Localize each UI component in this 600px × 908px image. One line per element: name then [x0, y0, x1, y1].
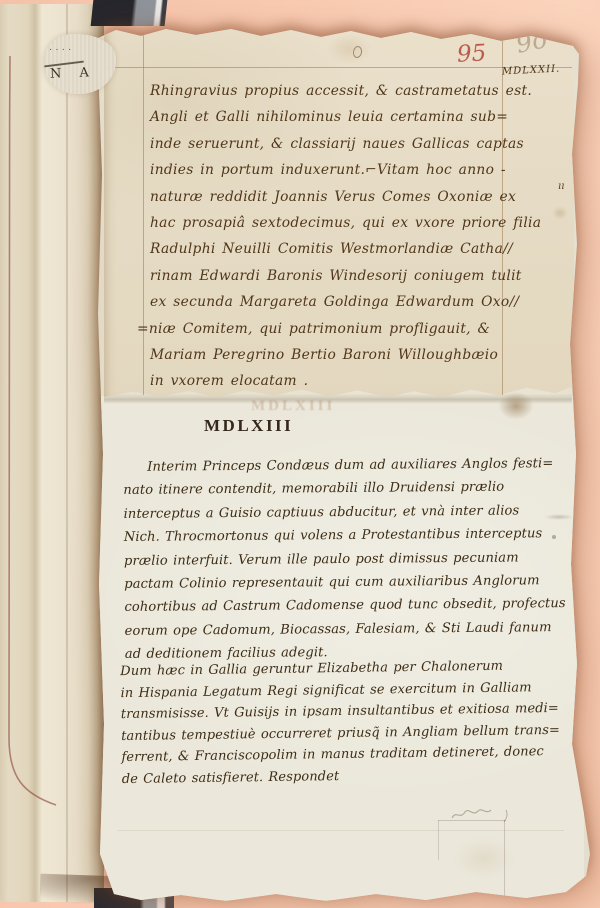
faint-scribble: [448, 802, 518, 826]
paper-stain: [552, 206, 568, 220]
manuscript-line: naturæ reddidit Joannis Verus Comes Oxon…: [150, 184, 541, 210]
manuscript-line: Radulphi Neuilli Comitis Westmorlandiæ C…: [150, 236, 541, 262]
manuscript-line: Rhingravius propius accessit, & castrame…: [150, 78, 541, 104]
heading-ink-offset: MDLXIII: [251, 398, 335, 415]
red-rule-line: [0, 8, 104, 906]
seam-stain: [498, 392, 534, 420]
binding-clip-top: [91, 0, 168, 26]
manuscript-line: Nich. Throcmortonus qui volens a Protest…: [124, 522, 565, 549]
manuscript-line: in vxorem elocatam .: [150, 368, 541, 394]
gutter-leaf-edges: [0, 4, 104, 902]
paragraph-2: Dum hæc in Gallia geruntur Elizabetha pe…: [120, 655, 561, 791]
manuscript-line: rinam Edwardi Baronis Windesorij coniuge…: [150, 263, 541, 289]
archival-dots: ····: [49, 44, 74, 55]
manuscript-line: Mariam Peregrino Bertio Baroni Willoughb…: [150, 342, 541, 368]
paper-stain: [326, 34, 372, 64]
small-dot: [552, 535, 556, 539]
manuscript-scan: 95 9o MDLXXII. ıı Rhingravius propius ac…: [0, 0, 600, 908]
paragraph-1: Interim Princeps Condæus dum ad auxiliar…: [123, 452, 566, 666]
manuscript-line: inde seruerunt, & classiarij naues Galli…: [150, 131, 541, 157]
manuscript-line: eorum ope Cadomum, Biocassas, Falesiam, …: [125, 616, 566, 643]
margin-ditto-mark: ıı: [558, 181, 564, 192]
folio-number-red: 95: [456, 40, 487, 67]
pencil-rule: [438, 820, 439, 860]
paper-stain: [452, 836, 516, 880]
archival-mark: N A: [50, 65, 96, 82]
manuscript-line: hac prosapiâ sextodecimus, qui ex vxore …: [150, 210, 541, 236]
manuscript-line: ex secunda Margareta Goldinga Edwardum O…: [150, 289, 541, 315]
section-heading-year: MDLXIII: [204, 416, 293, 436]
manuscript-line: =niæ Comitem, qui patrimonium profligaui…: [137, 316, 541, 342]
manuscript-line: Angli et Galli nihilominus leuia certami…: [150, 104, 541, 130]
manuscript-line: indies in portum induxerunt.⌐Vitam hoc a…: [150, 157, 541, 183]
manuscript-page: 95 9o MDLXXII. ıı Rhingravius propius ac…: [96, 24, 590, 902]
edge-smudge: [544, 514, 574, 520]
paper-crease: [118, 830, 564, 831]
upper-text-block: Rhingravius propius accessit, & castrame…: [150, 78, 541, 395]
